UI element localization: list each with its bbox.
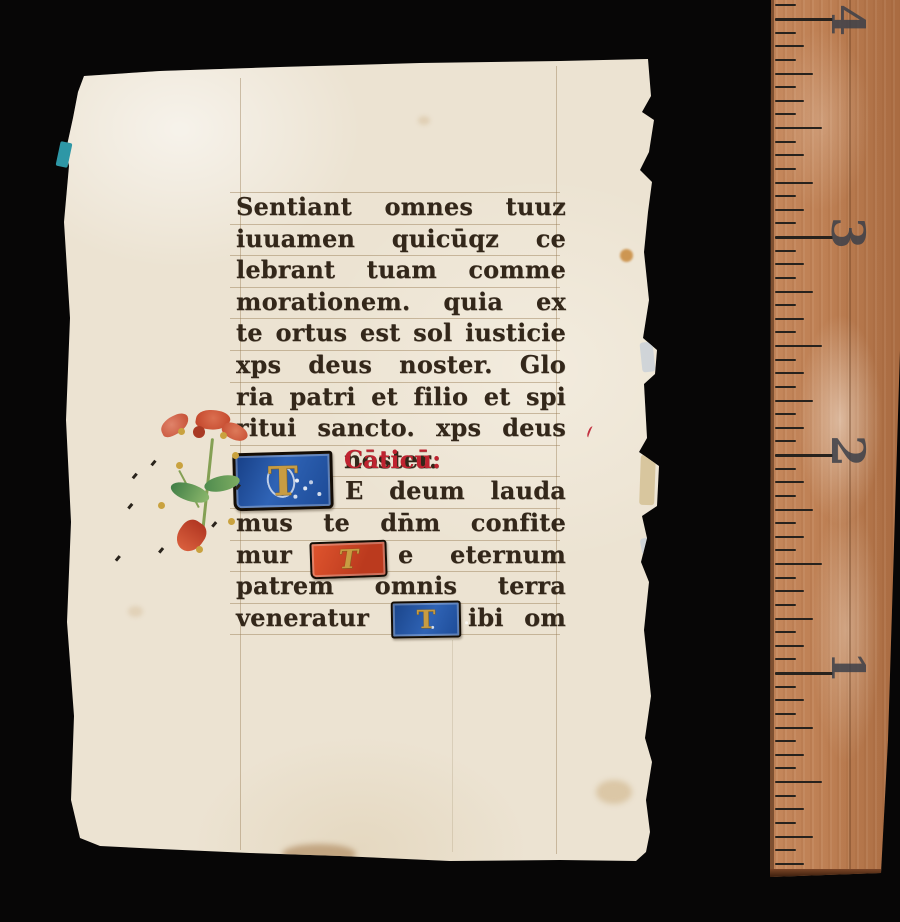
ruler-tick bbox=[775, 154, 804, 156]
text-line-segment: veneratur bbox=[236, 603, 392, 634]
ruler-tick bbox=[775, 400, 813, 402]
red-pen-mark bbox=[586, 426, 595, 439]
ruler-tick bbox=[775, 100, 804, 102]
ruler-number: 3 bbox=[825, 217, 871, 249]
ruler-tick bbox=[775, 291, 813, 293]
ruler-tick bbox=[775, 440, 796, 442]
ruler-tick bbox=[775, 263, 804, 265]
ruler-tick bbox=[775, 345, 822, 347]
ruler-tick bbox=[775, 141, 796, 143]
ruler-tick bbox=[775, 658, 796, 660]
ruler-tick bbox=[775, 250, 796, 252]
text-line: mus te dn̄m confite bbox=[236, 508, 566, 539]
ruler-tick bbox=[775, 73, 813, 75]
ruler-tick bbox=[775, 331, 796, 333]
text-line-segment: mur bbox=[236, 540, 308, 571]
ruler-tick bbox=[775, 372, 804, 374]
text-line: Sentiant omnes tuuz bbox=[236, 192, 566, 223]
ruler-number: 2 bbox=[825, 435, 871, 467]
ruler-tick bbox=[775, 863, 804, 865]
ruler-number: 1 bbox=[825, 651, 871, 683]
stain bbox=[620, 249, 633, 262]
photograph: Sentiant omnes tuuziuuamen quicūqz celeb… bbox=[0, 0, 900, 922]
text-line: patrem omnis terra bbox=[236, 571, 566, 602]
ruler-tick bbox=[775, 4, 796, 6]
text-line: lebrant tuam comme bbox=[236, 255, 566, 286]
ruler-tick bbox=[775, 45, 804, 47]
ruler-tick bbox=[775, 495, 796, 497]
stain bbox=[596, 780, 632, 804]
ruler-bottom-end bbox=[770, 869, 884, 878]
ruler-tick bbox=[775, 849, 796, 851]
ruler-tick bbox=[775, 767, 796, 769]
ruler-tick bbox=[775, 413, 796, 415]
ruler-tick bbox=[775, 86, 796, 88]
rubric-text: Cāticū: bbox=[344, 445, 441, 475]
gold-dots bbox=[176, 462, 183, 469]
text-line-segment: e eternum bbox=[398, 540, 566, 571]
ruler-tick bbox=[775, 645, 804, 647]
ruler-tick bbox=[775, 304, 796, 306]
ruler-tick bbox=[775, 59, 796, 61]
text-line: ritui sancto. xps deus bbox=[236, 413, 566, 444]
text-line: morationem. quia ex bbox=[236, 287, 566, 318]
text-line: te ortus est sol iusticie bbox=[236, 318, 566, 349]
initial-letter: T bbox=[267, 457, 298, 505]
ruler-tick bbox=[775, 481, 804, 483]
ruler-tick bbox=[775, 318, 804, 320]
ruler-tick bbox=[775, 822, 796, 824]
text-line: iuuamen quicūqz ce bbox=[236, 224, 566, 255]
ruler-tick bbox=[775, 113, 796, 115]
ruler-tick bbox=[775, 427, 804, 429]
ruler-tick bbox=[775, 740, 796, 742]
ruler-tick bbox=[775, 686, 796, 688]
ruler-left-edge bbox=[770, 0, 774, 877]
ruler-tick bbox=[775, 699, 804, 701]
ruler-tick bbox=[775, 195, 796, 197]
text-line: ria patri et filio et spi bbox=[236, 382, 566, 413]
text-line: mure eternum bbox=[0, 540, 900, 571]
flower-center bbox=[193, 426, 205, 438]
ruler-tick bbox=[775, 563, 822, 565]
fold-line bbox=[452, 640, 453, 852]
ruler-tick bbox=[775, 32, 796, 34]
ink-specks bbox=[150, 460, 156, 467]
illuminated-initial-tibi: T bbox=[391, 600, 462, 638]
ruler-tick bbox=[775, 277, 796, 279]
ruler-tick bbox=[775, 713, 796, 715]
ruler-tick bbox=[775, 168, 796, 170]
binding-thread bbox=[639, 341, 655, 372]
ruler-tick bbox=[775, 795, 796, 797]
initial-letter: T bbox=[416, 605, 435, 634]
foxing-spot bbox=[418, 116, 430, 125]
ruler-tick bbox=[775, 781, 822, 783]
ruler-tick bbox=[775, 468, 796, 470]
stain bbox=[282, 844, 356, 864]
ruler-tick bbox=[775, 222, 796, 224]
ruler-tick bbox=[775, 836, 813, 838]
ruler-tick bbox=[775, 577, 796, 579]
ruler-tick bbox=[775, 754, 804, 756]
binding-thread bbox=[640, 537, 654, 555]
ruler-tick bbox=[775, 631, 796, 633]
text-line: E deum lauda bbox=[345, 476, 566, 507]
illuminated-initial-te-deum: T bbox=[232, 451, 333, 512]
ruler-tick bbox=[775, 359, 796, 361]
text-line: xps deus noster. Glo bbox=[236, 350, 566, 381]
text-line-segment: ibi om bbox=[468, 603, 566, 634]
ruler-number: 4 bbox=[825, 4, 871, 36]
binding-thread bbox=[639, 455, 656, 505]
ruler-tick bbox=[775, 536, 804, 538]
illuminated-initial-te-red: T bbox=[309, 540, 387, 580]
ruler-tick bbox=[775, 727, 813, 729]
initial-letter: T bbox=[338, 544, 358, 575]
ruler-tick bbox=[775, 590, 804, 592]
ruler-tick bbox=[775, 127, 822, 129]
flower-petal bbox=[158, 411, 193, 440]
ruler-tick bbox=[775, 522, 796, 524]
ruler-tick bbox=[775, 808, 804, 810]
ruler-tick bbox=[775, 386, 796, 388]
foxing-spot bbox=[128, 606, 143, 617]
ruler-tick bbox=[775, 549, 796, 551]
text-line: noster.Cāticū: bbox=[344, 445, 566, 476]
ruler-tick bbox=[775, 618, 813, 620]
ruler-tick bbox=[775, 209, 804, 211]
manuscript-leaf: Sentiant omnes tuuziuuamen quicūqz celeb… bbox=[0, 0, 900, 922]
ruler-tick bbox=[775, 509, 813, 511]
ruler-tick bbox=[775, 182, 813, 184]
ruler-tick bbox=[775, 604, 796, 606]
